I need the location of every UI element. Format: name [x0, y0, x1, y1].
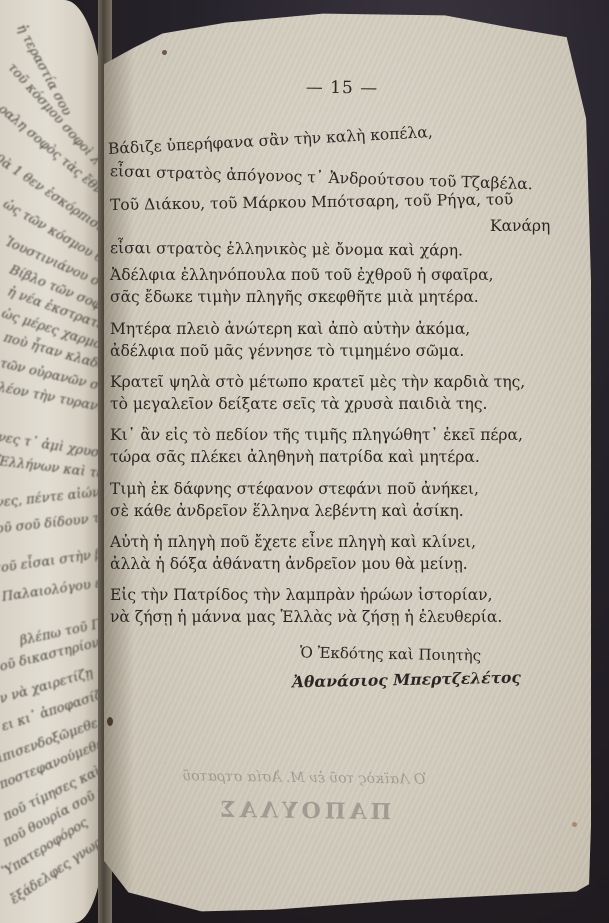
- poem-line: τώρα σᾶς πλέκει ἀληθηνὴ πατρίδα καὶ μητέ…: [110, 448, 480, 466]
- page-number: — 15 —: [282, 77, 402, 98]
- poem-line: Μητέρα πλειὸ ἀνώτερη καὶ ἀπὸ αὐτὴν ἀκόμα…: [110, 320, 470, 338]
- poem-line: Τοῦ Διάκου, τοῦ Μάρκου Μπότσαρη, τοῦ Ρήγ…: [110, 190, 513, 214]
- poem-line: Ἀδέλφια ἑλληνόπουλα ποῦ τοῦ ἐχθροῦ ἡ σφα…: [110, 266, 494, 284]
- poem-line: νὰ ζήσῃ ἡ μάννα μας Ἑλλὰς νὰ ζήσῃ ἡ ἐλευ…: [110, 608, 502, 626]
- left-text-line: τοῦ εἶσαι στὴν βασιλεία: [0, 540, 104, 577]
- poem-line: Κρατεῖ ψηλὰ στὸ μέτωπο κρατεῖ μὲς τὴν κα…: [110, 373, 525, 391]
- left-text-line: Παλαιολόγου εἶδα.: [1, 572, 104, 604]
- poem-line: Κι᾽ ἂν εἰς τὸ πεδίον τῆς τιμῆς πληγώθητ᾽…: [110, 426, 523, 444]
- poem-line: τὸ μεγαλεῖον δείξατε σεῖς τὰ χρυσὰ παιδι…: [110, 395, 487, 413]
- poem-line: εἶσαι στρατὸς ἑλληνικὸς μὲ ὄνομα καὶ χάρ…: [110, 239, 463, 259]
- left-text-line: οῦ σοῦ δίδουν τὴν ἀξία: [0, 506, 104, 537]
- poem-line: Τιμὴ ἐκ δάφνης στέφανον στεφάνι ποῦ ἀνήκ…: [110, 480, 479, 498]
- bleed-through-text: Ὁ Λαϊκὸς τοῦ ἐν Μ. Ἀσία στρατοῦ ΠΑΠΟΥΛΑΣ: [144, 768, 465, 826]
- poem-line: εἶσαι στρατὸς ἀπόγονος τ᾽ Ἀνδρούτσου τοῦ…: [110, 162, 533, 193]
- poem-line: Αὐτὴ ἡ πληγὴ ποῦ ἔχετε εἶνε πληγὴ καὶ κλ…: [110, 533, 476, 551]
- poem-line: Εἰς τὴν Πατρίδος τὴν λαμπρὰν ἡρώων ἱστορ…: [110, 586, 493, 604]
- poem-line: Βάδιζε ὑπερήφανα σἂν τὴν καλὴ κοπέλα,: [108, 123, 434, 158]
- poem-line: σὲ κάθε ἀνδρεῖον ἕλληνα λεβέντη καὶ ἀσίκ…: [110, 502, 464, 520]
- poem-line: Κανάρη: [490, 217, 550, 235]
- poem-line: ἀλλὰ ἡ δόξα ἀθάνατη ἀνδρεῖον μου θὰ μείν…: [110, 555, 468, 573]
- poem-line: ἀδέλφια ποῦ μᾶς γέννησε τὸ τιμημένο σῶμα…: [110, 342, 464, 360]
- left-text-line: νες, πέντε αἰώνων χρόνο: [0, 479, 104, 511]
- bleed-through-heading: ΠΑΠΟΥΛΑΣ: [144, 796, 464, 826]
- signature-name: Ἀθανάσιος Μπερτζελέτος: [292, 668, 521, 692]
- bleed-through-line: Ὁ Λαϊκὸς τοῦ ἐν Μ. Ἀσία στρατοῦ: [144, 768, 464, 788]
- left-page: ἡ τεραστία σου τοῦ κόσμου σοφοὶ λ ραλη σ…: [0, 0, 104, 923]
- poem-line: σᾶς ἔδωκε τιμὴν πληγῆς σκεφθῆτε μιὰ μητέ…: [110, 288, 479, 306]
- page-content: — 15 — Βάδιζε ὑπερήφανα σἂν τὴν καλὴ κοπ…: [104, 0, 591, 923]
- signature-role: Ὁ Ἐκδότης καὶ Ποιητὴς: [300, 643, 481, 664]
- left-page-text: ἡ τεραστία σου τοῦ κόσμου σοφοὶ λ ραλη σ…: [0, 0, 104, 923]
